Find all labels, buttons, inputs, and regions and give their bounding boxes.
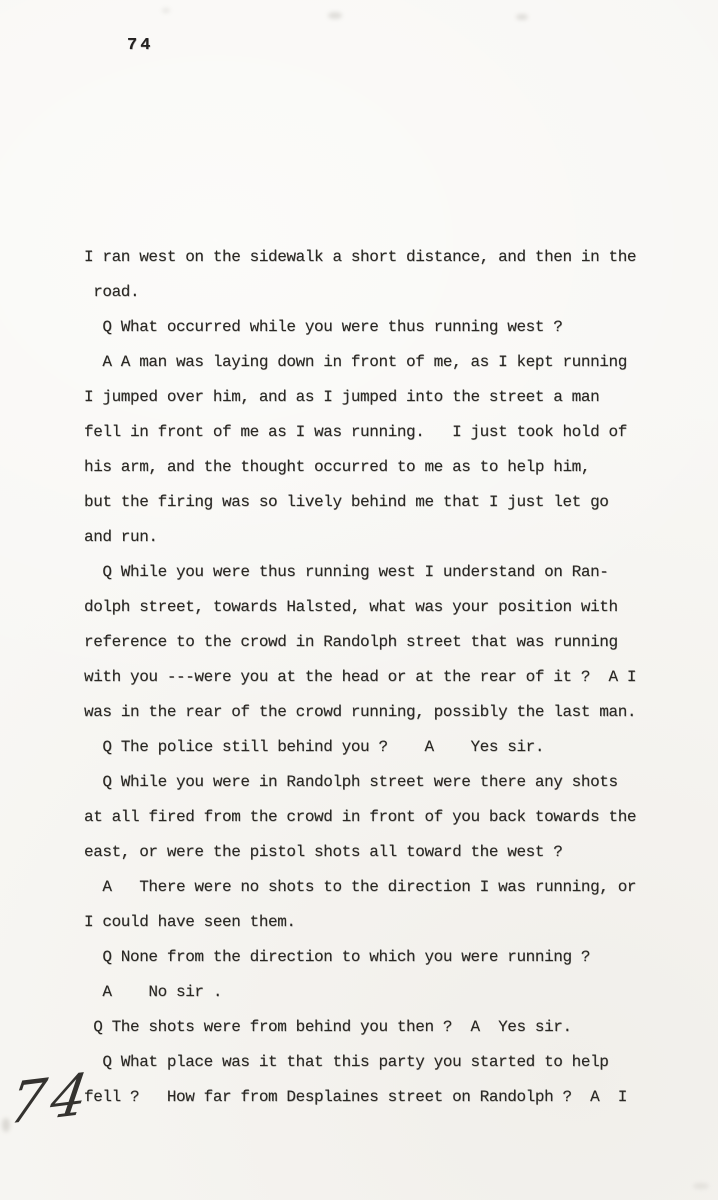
transcript-line: with you ---were you at the head or at t… [84,660,704,695]
transcript-line: reference to the crowd in Randolph stree… [84,625,704,660]
transcript-line: but the firing was so lively behind me t… [84,485,704,520]
transcript-line: fell ? How far from Desplaines street on… [84,1080,704,1115]
scan-smudge [162,8,170,13]
scanned-transcript-page: 74 I ran west on the sidewalk a short di… [0,0,718,1200]
transcript-line: fell in front of me as I was running. I … [84,415,704,450]
transcript-line: I could have seen them. [84,905,704,940]
transcript-line: and run. [84,520,704,555]
transcript-line: at all fired from the crowd in front of … [84,800,704,835]
typed-page-number: 74 [127,36,153,55]
handwritten-page-number: 74 [5,1061,98,1138]
transcript-line: A A man was laying down in front of me, … [84,345,704,380]
scan-smudge [516,14,528,20]
transcript-line: was in the rear of the crowd running, po… [84,695,704,730]
transcript-line: I ran west on the sidewalk a short dista… [84,240,704,275]
transcript-line: Q The shots were from behind you then ? … [84,1010,704,1045]
transcript-line: dolph street, towards Halsted, what was … [84,590,704,625]
transcript-line: road. [84,275,704,310]
transcript-line: A No sir . [84,975,704,1010]
transcript-line: Q The police still behind you ? A Yes si… [84,730,704,765]
transcript-line: I jumped over him, and as I jumped into … [84,380,704,415]
scan-smudge [693,1183,709,1189]
transcript-body: I ran west on the sidewalk a short dista… [84,240,704,1115]
transcript-line: Q While you were in Randolph street were… [84,765,704,800]
transcript-line: Q While you were thus running west I und… [84,555,704,590]
transcript-line: east, or were the pistol shots all towar… [84,835,704,870]
transcript-line: his arm, and the thought occurred to me … [84,450,704,485]
transcript-line: Q What occurred while you were thus runn… [84,310,704,345]
scan-smudge [328,12,342,19]
transcript-line: A There were no shots to the direction I… [84,870,704,905]
transcript-line: Q None from the direction to which you w… [84,940,704,975]
transcript-line: Q What place was it that this party you … [84,1045,704,1080]
